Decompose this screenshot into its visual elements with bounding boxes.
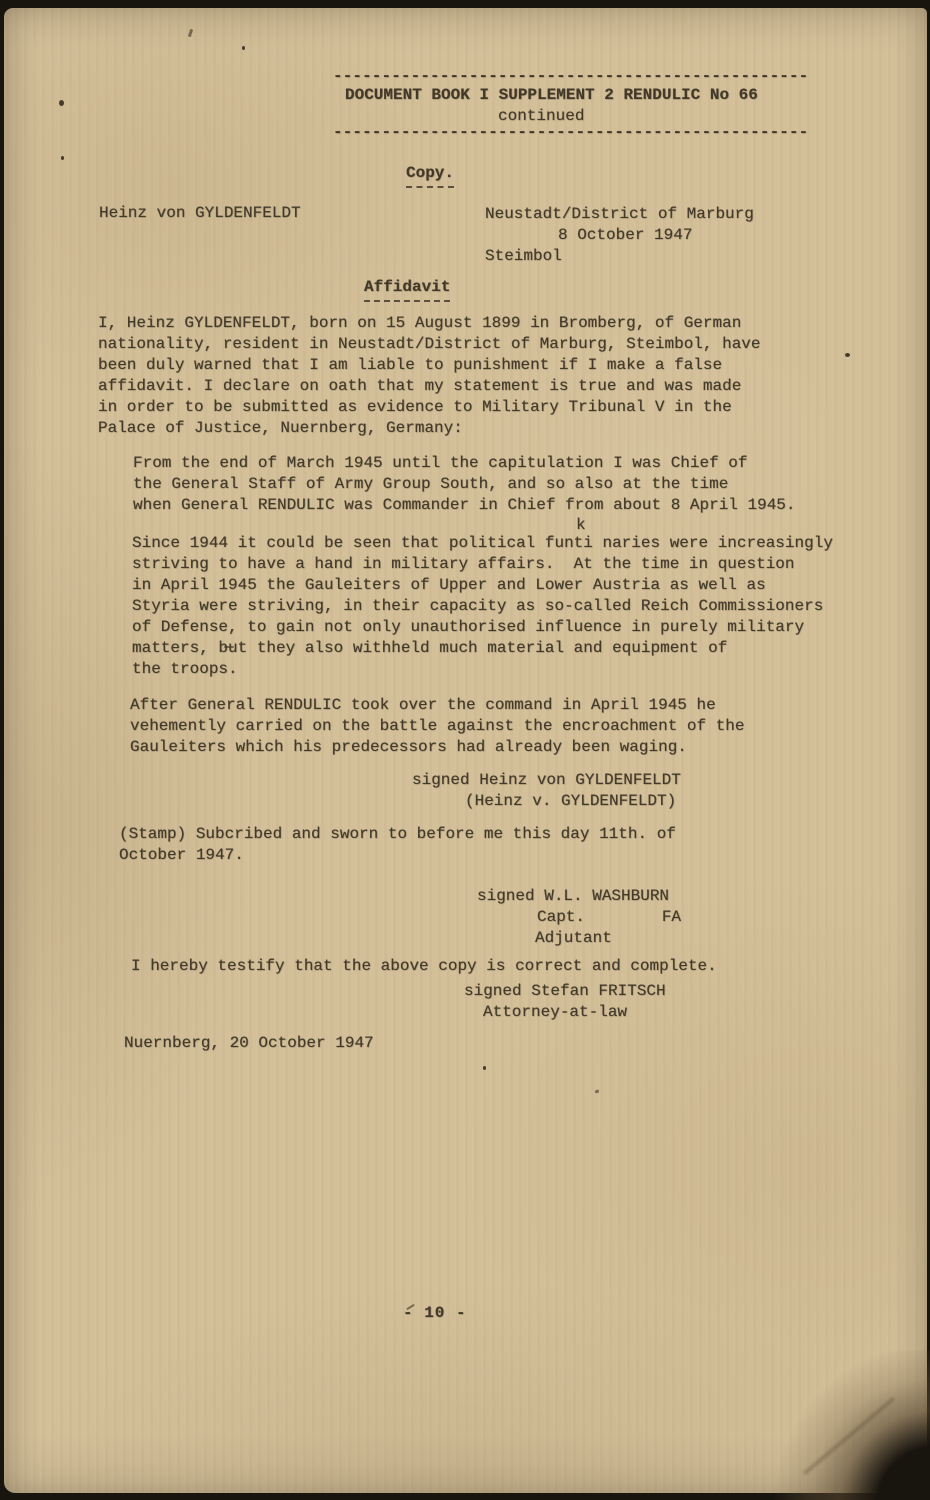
affidavit-heading: Affidavit [364,277,450,302]
typed-correction-k: k [576,515,586,536]
ink-speck [61,156,64,160]
letterhead-city: Steimbol [485,246,562,267]
paragraph-oath: I, Heinz GYLDENFELDT, born on 15 August … [98,313,761,439]
letterhead-date: 8 October 1947 [558,225,692,246]
notary-title: Adjutant [535,928,612,949]
certifier-signature-line: signed Stefan FRITSCH [464,981,666,1002]
paragraph-functionaries: Since 1944 it could be seen that politic… [132,533,833,680]
ink-speck [242,46,245,50]
certifier-title: Attorney-at-law [483,1002,627,1023]
scanned-document-page: ----------------------------------------… [0,0,930,1500]
notary-rank: Capt. FA [537,907,681,928]
ink-speck [59,100,64,106]
deponent-name: Heinz von GYLDENFELDT [99,203,301,224]
header-divider-top: ----------------------------------------… [333,66,808,87]
copy-label: Copy. [406,163,454,188]
notarization-statement: (Stamp) Subcribed and sworn to before me… [119,824,676,866]
paragraph-rendulic-command: After General RENDULIC took over the com… [130,695,745,758]
notary-signature-line: signed W.L. WASHBURN [477,886,669,907]
paragraph-chief-of-staff: From the end of March 1945 until the cap… [133,453,796,516]
certification-statement: I hereby testify that the above copy is … [131,956,717,977]
ink-speck [224,646,234,648]
letterhead-place: Neustadt/District of Marburg [485,204,754,225]
page-corner-shadow [770,1350,930,1500]
document-book-title: DOCUMENT BOOK I SUPPLEMENT 2 RENDULIC No… [345,85,758,106]
closing-place-date: Nuernberg, 20 October 1947 [124,1033,374,1054]
deponent-signature-name: (Heinz v. GYLDENFELDT) [465,791,676,812]
deponent-signature-line: signed Heinz von GYLDENFELDT [412,770,681,791]
ink-speck [845,353,850,357]
ink-speck [483,1066,486,1070]
header-divider-bottom: ----------------------------------------… [333,122,808,143]
